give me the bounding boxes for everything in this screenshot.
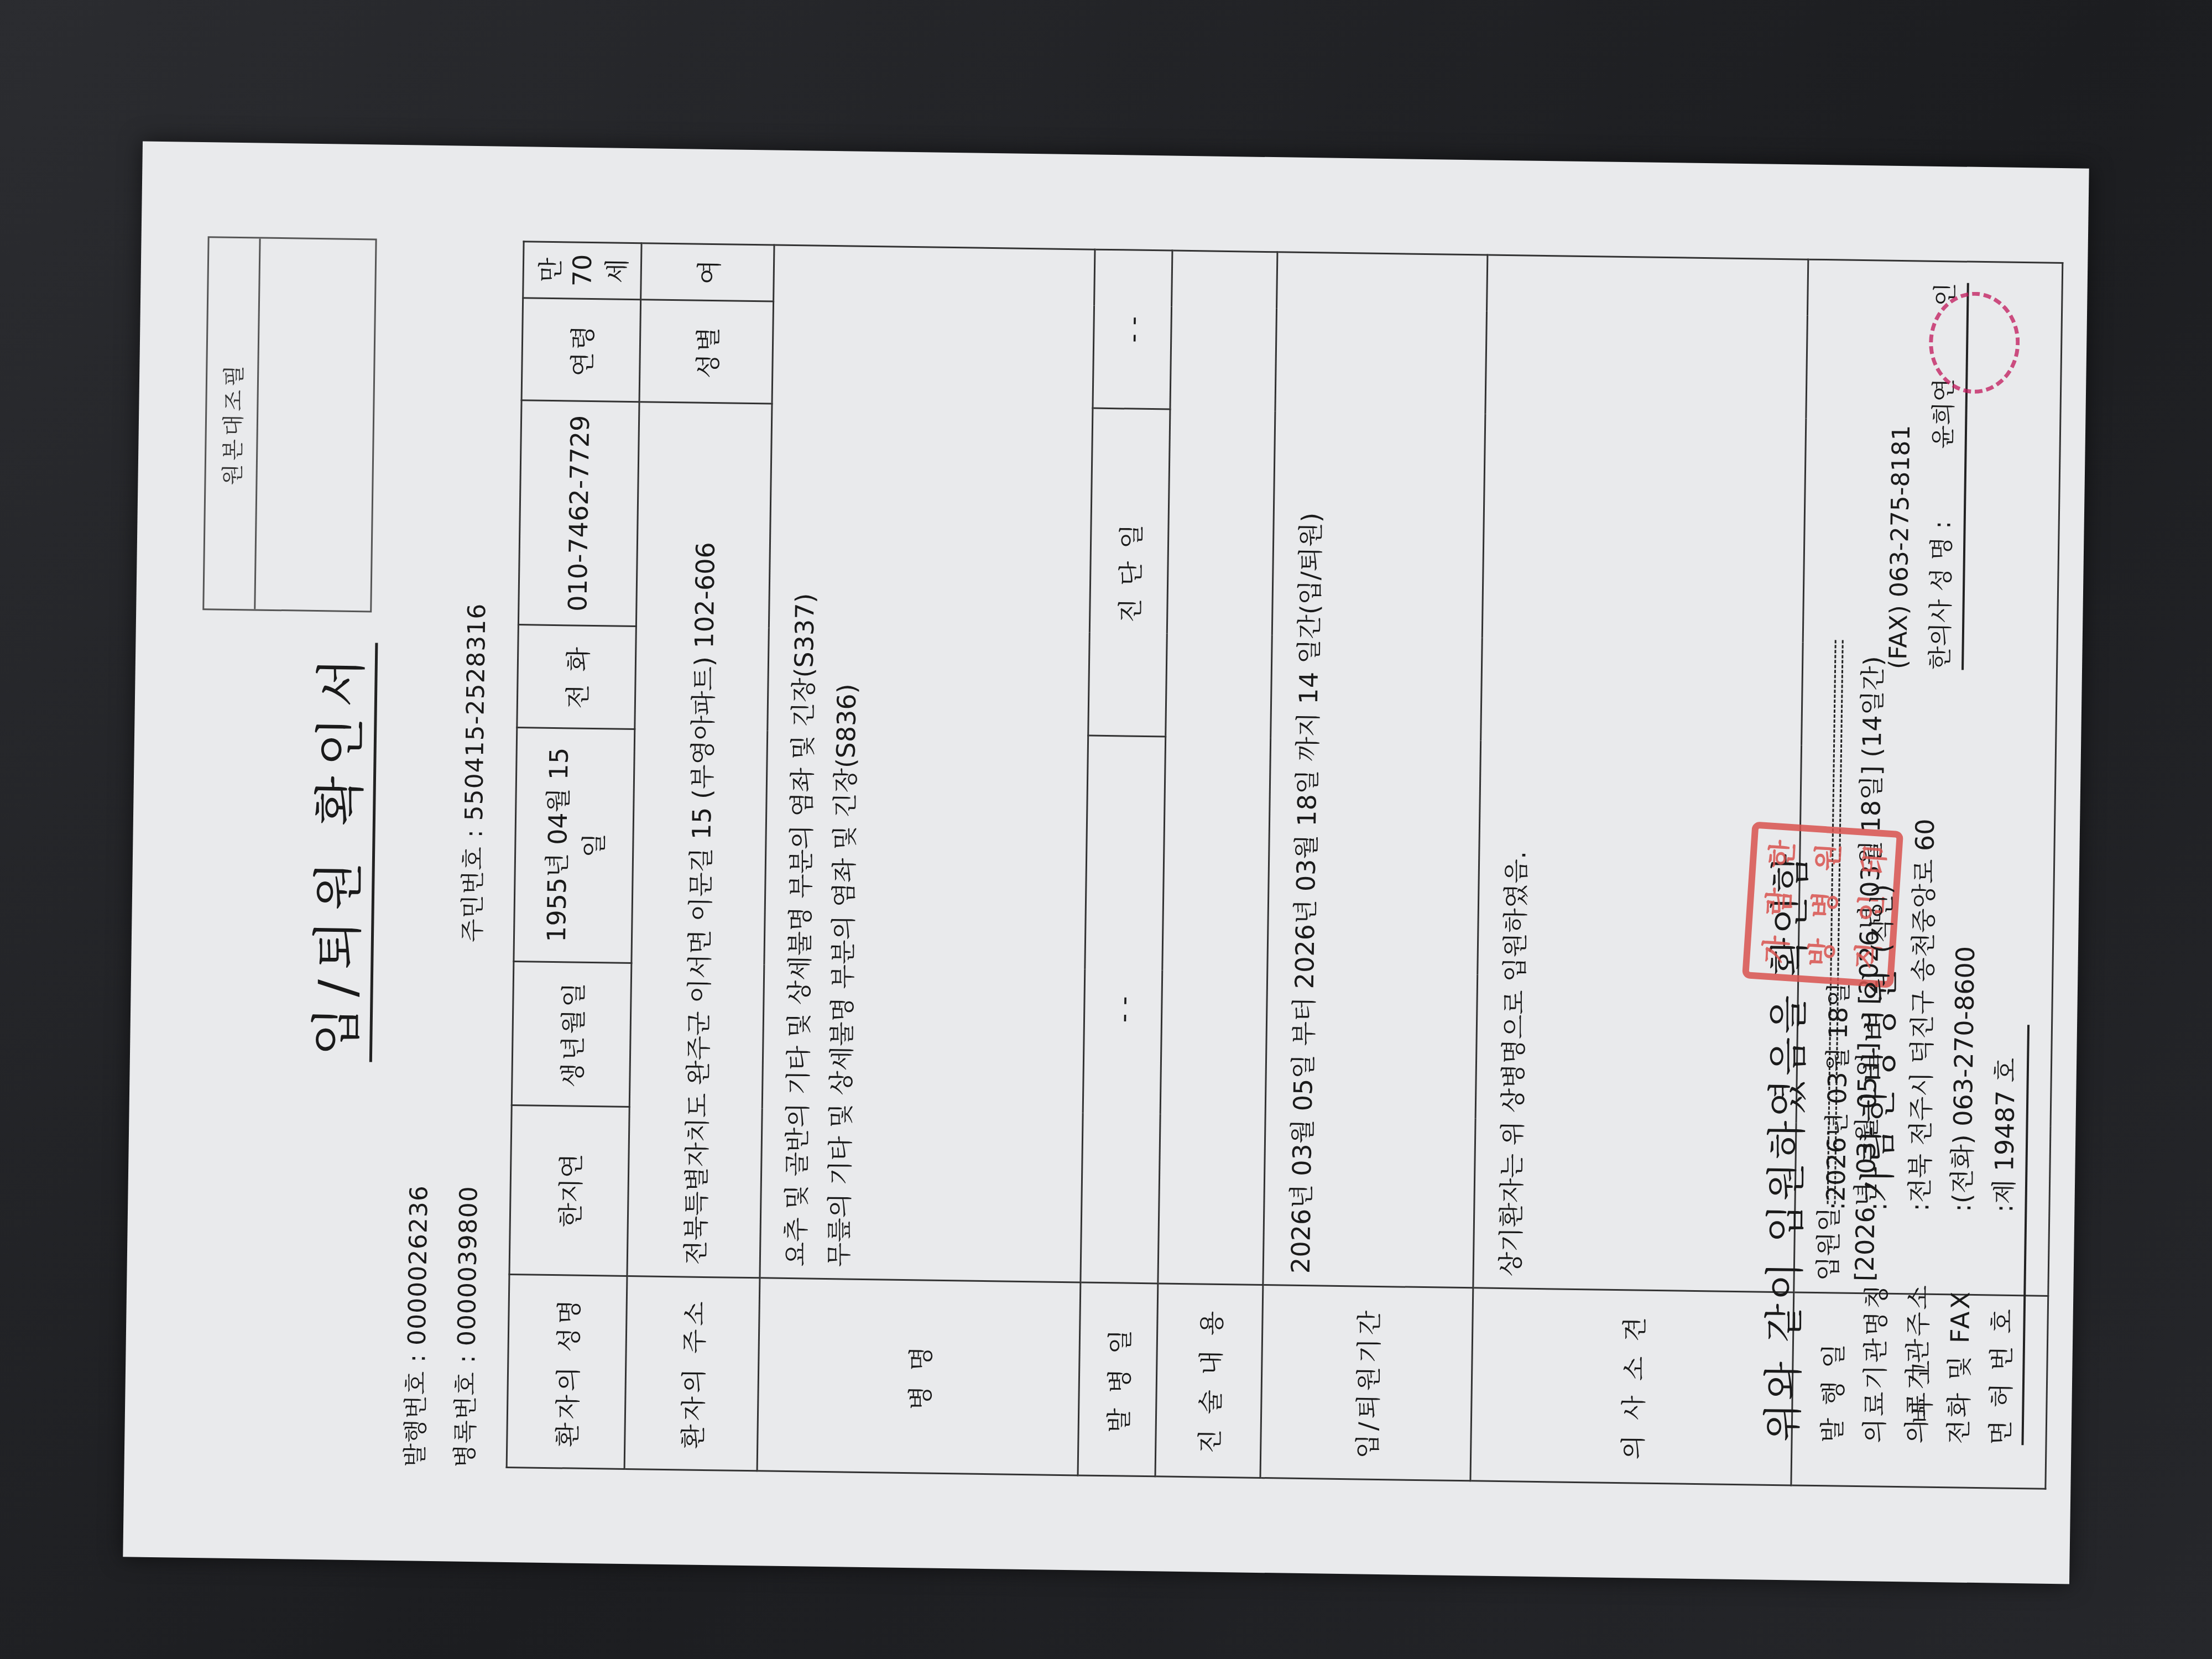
diagnosis-list: 요추 및 골반의 기타 및 상세불명 부분의 염좌 및 긴장(S337) 무릎의…: [760, 245, 1095, 1282]
record-number: 병록번호 : 0000039800: [445, 1186, 484, 1468]
patient-name: 한지연: [509, 1105, 629, 1276]
treatment-value: [1158, 251, 1277, 1285]
table-row: 진 술 내 용: [1155, 251, 1277, 1478]
table-row: 환자의 주소 전북특별자치도 완주군 이서면 이문길 15 (부영아파트) 10…: [624, 243, 774, 1471]
period-label: 입/퇴원기간: [1260, 1285, 1473, 1480]
phone-value: 010-7462-7729: [518, 400, 639, 626]
onset-value: - -: [1081, 735, 1166, 1284]
table-row: 병 명 요추 및 골반의 기타 및 상세불명 부분의 염좌 및 긴장(S337)…: [757, 245, 1095, 1475]
diagnosis-date-label: 진 단 일: [1088, 408, 1170, 736]
diagnosis-date-value: - -: [1093, 249, 1172, 409]
issue-number: 발행번호 : 0000026236: [395, 1185, 435, 1467]
period-value: 2026년 03월 05일 부터 2026년 03월 18일 까지 14 일간(…: [1263, 252, 1488, 1288]
doctor-label: 한의사 성 명 :: [1919, 520, 1964, 670]
sex-value: 여: [641, 243, 774, 301]
address-value: 전북특별자치도 완주군 이서면 이문길 15 (부영아파트) 102-606: [627, 402, 772, 1278]
dob-label: 생년월일: [512, 961, 632, 1107]
hospital-phone: (전화) 063-270-8600: [1941, 946, 1986, 1203]
treatment-label: 진 술 내 용: [1155, 1284, 1263, 1478]
issuer-block: 발 행 일: 2026년 03월 18일 의료기관명칭: 가람한방병원(직인) …: [1811, 817, 2032, 1445]
hospital-name: 가람한방병원: [1857, 964, 1902, 1203]
table-row: 입/퇴원기간 2026년 03월 05일 부터 2026년 03월 18일 까지…: [1260, 252, 1488, 1481]
dob-value: 1955년 04월 15일: [514, 727, 635, 963]
license-number: 제 19487 호: [1983, 1057, 2027, 1204]
table-row: 환자의 성명 한지연 생년월일 1955년 04월 15일 전 화 010-74…: [507, 242, 641, 1469]
address-label: 환자의 주소: [624, 1276, 760, 1470]
resident-number: 주민번호 : 550415-2528316: [452, 603, 493, 942]
sex-label: 성별: [639, 299, 774, 404]
opinion-label: 의 사 소 견: [1470, 1288, 1794, 1485]
original-check-label: 원본대조필: [204, 238, 260, 609]
patient-name-label: 환자의 성명: [507, 1274, 627, 1469]
phone-label: 전 화: [517, 624, 637, 729]
hospital-address: 전북 전주시 덕진구 송천중앙로 60: [1899, 818, 1947, 1203]
diagnosis-label: 병 명: [757, 1278, 1081, 1475]
hospital-fax: (FAX) 063-275-8181: [1877, 282, 1925, 670]
age-label: 연령: [521, 298, 641, 402]
document-page: 원본대조필 입/퇴원 확인서 발행번호 : 0000026236 병록번호 : …: [123, 142, 2089, 1584]
onset-label: 발 병 일: [1078, 1282, 1158, 1477]
age-value: 만 70 세: [523, 242, 641, 299]
issue-date: 2026년 03월 18일: [1815, 982, 1860, 1202]
